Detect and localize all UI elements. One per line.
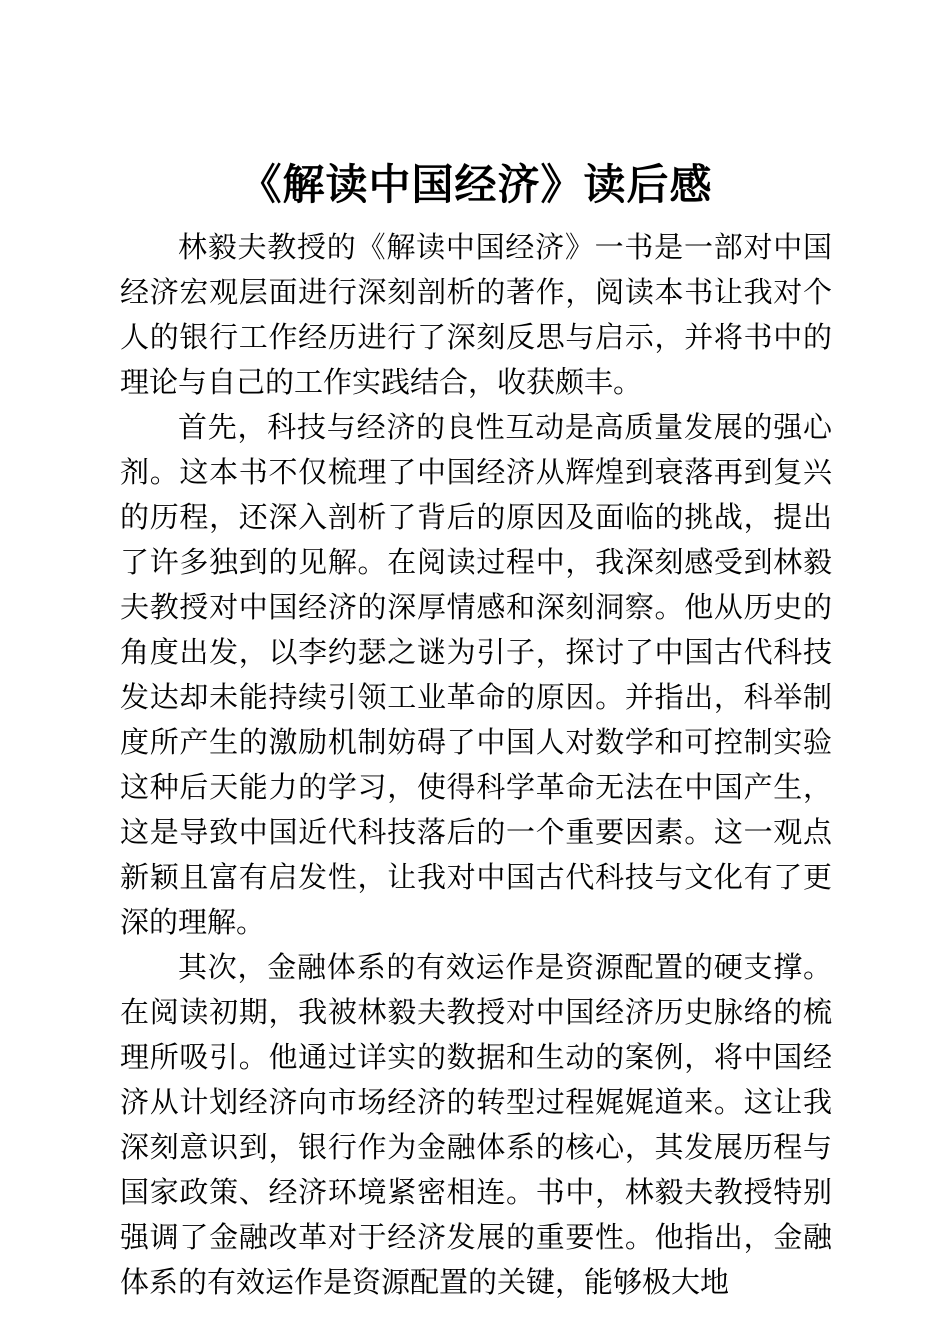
- paragraph: 林毅夫教授的《解读中国经济》一书是一部对中国经济宏观层面进行深刻剖析的著作，阅读…: [120, 226, 832, 406]
- document-page: 《解读中国经济》读后感 林毅夫教授的《解读中国经济》一书是一部对中国经济宏观层面…: [0, 0, 950, 1344]
- document-title: 《解读中国经济》读后感: [120, 158, 832, 214]
- paragraph: 其次，金融体系的有效运作是资源配置的硬支撑。在阅读初期，我被林毅夫教授对中国经济…: [120, 946, 832, 1306]
- paragraph: 首先，科技与经济的良性互动是高质量发展的强心剂。这本书不仅梳理了中国经济从辉煌到…: [120, 406, 832, 946]
- document-body: 林毅夫教授的《解读中国经济》一书是一部对中国经济宏观层面进行深刻剖析的著作，阅读…: [120, 226, 832, 1306]
